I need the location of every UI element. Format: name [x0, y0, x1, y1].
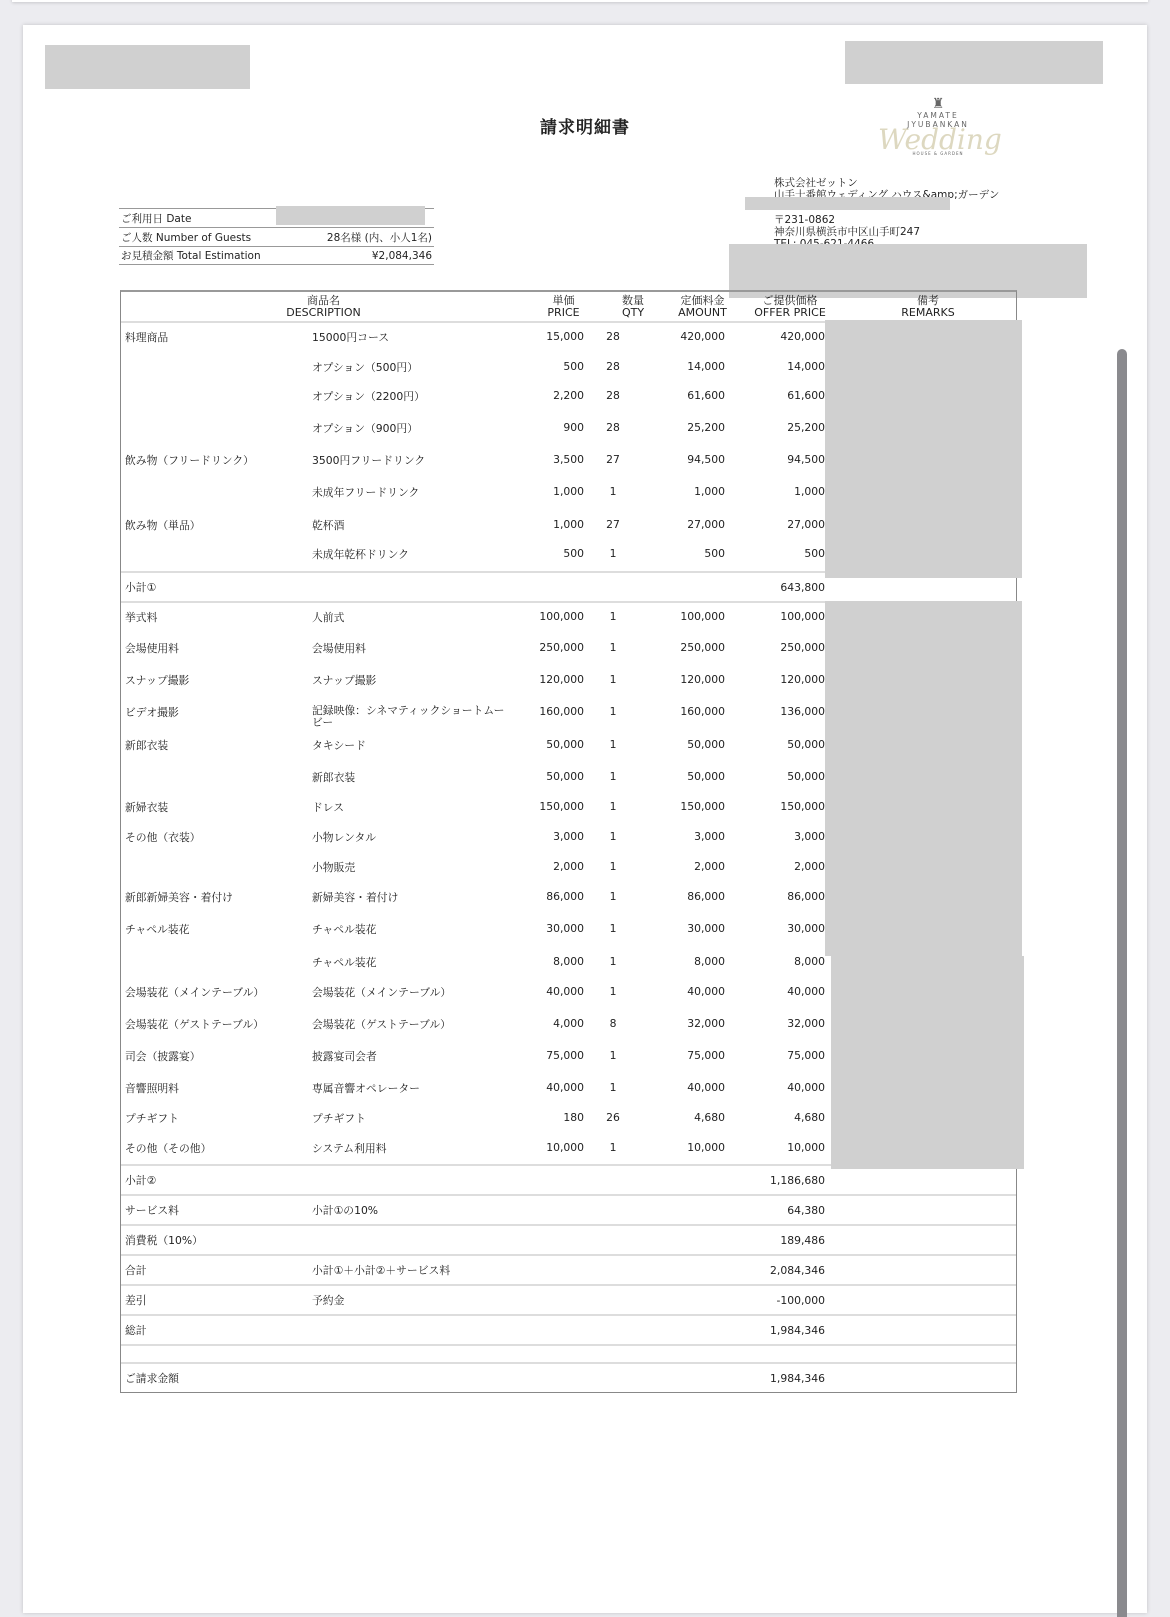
header-qty: QTY — [601, 307, 665, 319]
total-note: 予約金 — [312, 1293, 526, 1308]
price-cell: 86,000 — [526, 883, 584, 903]
total-value: 1,984,346 — [725, 1324, 825, 1337]
offer-price-cell: 1,000 — [725, 478, 825, 498]
offer-price-cell: 4,680 — [725, 1104, 825, 1124]
total-label: 消費税（10%） — [121, 1233, 312, 1248]
qty-cell: 1 — [584, 603, 642, 623]
item-cell: 専属音響オペレーター — [312, 1074, 526, 1096]
total-row — [121, 1344, 1016, 1362]
qty-cell: 1 — [584, 793, 642, 813]
postal-code: 〒231-0862 — [774, 214, 999, 226]
qty-cell: 1 — [584, 698, 642, 718]
amount-cell: 150,000 — [642, 793, 725, 813]
address: 神奈川県横浜市中区山手町247 — [774, 226, 999, 238]
redacted-date — [276, 206, 425, 225]
amount-cell: 40,000 — [642, 978, 725, 998]
offer-price-cell: 420,000 — [725, 323, 825, 343]
qty-cell: 1 — [584, 1134, 642, 1154]
category-cell — [121, 382, 312, 389]
offer-price-cell: 32,000 — [725, 1010, 825, 1030]
logo-line1: YAMATE — [878, 111, 998, 120]
offer-price-cell: 136,000 — [725, 698, 825, 718]
total-row: 合計小計①＋小計②＋サービス料2,084,346 — [121, 1254, 1016, 1284]
total-label: サービス料 — [121, 1203, 312, 1218]
category-cell: 新婦衣装 — [121, 793, 312, 815]
price-cell: 2,000 — [526, 853, 584, 873]
item-cell: タキシード — [312, 731, 526, 753]
qty-cell: 1 — [584, 883, 642, 903]
redacted-block — [745, 197, 950, 210]
total-label: 差引 — [121, 1293, 312, 1308]
qty-cell: 28 — [584, 382, 642, 402]
category-cell — [121, 353, 312, 360]
price-cell: 900 — [526, 414, 584, 434]
total-row: サービス料小計①の10%64,380 — [121, 1194, 1016, 1224]
item-cell: 小物レンタル — [312, 823, 526, 845]
category-cell — [121, 414, 312, 421]
category-cell: 飲み物（フリードリンク） — [121, 446, 312, 468]
qty-cell: 8 — [584, 1010, 642, 1030]
lamp-icon: ♜ — [878, 97, 998, 111]
header-offer-price: OFFER PRICE — [740, 307, 840, 319]
category-cell: 会場使用料 — [121, 634, 312, 656]
scrollbar[interactable] — [1117, 349, 1127, 1617]
header-price: PRICE — [526, 307, 601, 319]
total-value: 1,984,346 — [725, 1372, 825, 1385]
category-cell: 司会（披露宴） — [121, 1042, 312, 1064]
item-cell: 小物販売 — [312, 853, 526, 875]
item-cell: 乾杯酒 — [312, 511, 526, 533]
offer-price-cell: 150,000 — [725, 793, 825, 813]
summary-label: ご利用日 Date — [121, 211, 191, 226]
item-cell: 未成年フリードリンク — [312, 478, 526, 500]
category-cell: その他（衣装） — [121, 823, 312, 845]
category-cell: その他（その他） — [121, 1134, 312, 1156]
offer-price-cell: 25,200 — [725, 414, 825, 434]
item-cell: 記録映像：シネマティックショートムービー — [312, 698, 526, 729]
qty-cell: 1 — [584, 1074, 642, 1094]
offer-price-cell: 250,000 — [725, 634, 825, 654]
amount-cell: 61,600 — [642, 382, 725, 402]
amount-cell: 120,000 — [642, 666, 725, 686]
qty-cell: 1 — [584, 823, 642, 843]
total-label: 合計 — [121, 1263, 312, 1278]
offer-price-cell: 2,000 — [725, 853, 825, 873]
amount-cell: 75,000 — [642, 1042, 725, 1062]
offer-price-cell: 50,000 — [725, 731, 825, 751]
price-cell: 120,000 — [526, 666, 584, 686]
total-label: 総計 — [121, 1323, 312, 1338]
category-cell: ビデオ撮影 — [121, 698, 312, 720]
category-cell: 音響照明料 — [121, 1074, 312, 1096]
price-cell: 2,200 — [526, 382, 584, 402]
offer-price-cell: 50,000 — [725, 763, 825, 783]
item-cell: プチギフト — [312, 1104, 526, 1126]
total-label: 小計② — [121, 1173, 312, 1188]
offer-price-cell: 30,000 — [725, 915, 825, 935]
amount-cell: 100,000 — [642, 603, 725, 623]
redacted-remarks — [825, 320, 1022, 578]
price-cell: 10,000 — [526, 1134, 584, 1154]
item-cell: 未成年乾杯ドリンク — [312, 540, 526, 562]
summary-value: 28名様 (内、小人1名) — [327, 230, 432, 245]
amount-cell: 50,000 — [642, 731, 725, 751]
document-page: 請求明細書 ♜ YAMATE JYUBANKAN Wedding HOUSE &… — [23, 25, 1147, 1613]
price-cell: 1,000 — [526, 478, 584, 498]
total-note: 小計①の10% — [312, 1203, 526, 1218]
amount-cell: 250,000 — [642, 634, 725, 654]
company-name: 株式会社ゼットン — [774, 177, 999, 189]
amount-cell: 420,000 — [642, 323, 725, 343]
amount-cell: 50,000 — [642, 763, 725, 783]
item-cell: チャペル装花 — [312, 915, 526, 937]
price-cell: 4,000 — [526, 1010, 584, 1030]
qty-cell: 1 — [584, 666, 642, 686]
amount-cell: 32,000 — [642, 1010, 725, 1030]
price-cell: 40,000 — [526, 978, 584, 998]
amount-cell: 3,000 — [642, 823, 725, 843]
offer-price-cell: 500 — [725, 540, 825, 560]
category-cell: 飲み物（単品） — [121, 511, 312, 533]
total-note: 小計①＋小計②＋サービス料 — [312, 1263, 526, 1278]
summary-row: ご人数 Number of Guests28名様 (内、小人1名) — [119, 227, 434, 246]
qty-cell: 1 — [584, 634, 642, 654]
venue-logo: ♜ YAMATE JYUBANKAN Wedding HOUSE & GARDE… — [878, 97, 998, 156]
amount-cell: 14,000 — [642, 353, 725, 373]
company-info: 株式会社ゼットン 山手十番館ウェディング ハウス&amp;ガーデン 〒231-0… — [774, 177, 999, 250]
summary-label: ご人数 Number of Guests — [121, 230, 251, 245]
total-value: 189,486 — [725, 1234, 825, 1247]
item-cell: チャペル装花 — [312, 948, 526, 970]
item-cell: 披露宴司会者 — [312, 1042, 526, 1064]
item-cell: 15000円コース — [312, 323, 526, 345]
amount-cell: 2,000 — [642, 853, 725, 873]
offer-price-cell: 40,000 — [725, 978, 825, 998]
qty-cell: 28 — [584, 353, 642, 373]
price-cell: 50,000 — [526, 763, 584, 783]
amount-cell: 25,200 — [642, 414, 725, 434]
offer-price-cell: 75,000 — [725, 1042, 825, 1062]
amount-cell: 1,000 — [642, 478, 725, 498]
price-cell: 160,000 — [526, 698, 584, 718]
amount-cell: 94,500 — [642, 446, 725, 466]
amount-cell: 8,000 — [642, 948, 725, 968]
category-cell: 挙式料 — [121, 603, 312, 625]
category-cell: 新郎衣装 — [121, 731, 312, 753]
item-cell: 会場装花（メインテーブル） — [312, 978, 526, 1000]
amount-cell: 4,680 — [642, 1104, 725, 1124]
category-cell — [121, 540, 312, 547]
previous-page-edge — [12, 0, 1148, 2]
price-cell: 75,000 — [526, 1042, 584, 1062]
category-cell: チャペル装花 — [121, 915, 312, 937]
item-cell: ドレス — [312, 793, 526, 815]
redacted-remarks — [831, 956, 1024, 1169]
qty-cell: 1 — [584, 763, 642, 783]
totals-section: 小計②1,186,680サービス料小計①の10%64,380消費税（10%）18… — [121, 1164, 1016, 1392]
price-cell: 8,000 — [526, 948, 584, 968]
qty-cell: 1 — [584, 853, 642, 873]
qty-cell: 1 — [584, 948, 642, 968]
qty-cell: 1 — [584, 478, 642, 498]
category-cell: 会場装花（メインテーブル） — [121, 978, 312, 1000]
category-cell: プチギフト — [121, 1104, 312, 1126]
item-cell: オプション（900円） — [312, 414, 526, 436]
item-cell: オプション（500円） — [312, 353, 526, 375]
price-cell: 1,000 — [526, 511, 584, 531]
logo-script: Wedding — [878, 129, 998, 151]
amount-cell: 27,000 — [642, 511, 725, 531]
qty-cell: 28 — [584, 323, 642, 343]
qty-cell: 28 — [584, 414, 642, 434]
header-remarks: REMARKS — [840, 307, 1016, 319]
total-row: 差引予約金-100,000 — [121, 1284, 1016, 1314]
summary-label: お見積金額 Total Estimation — [121, 248, 261, 263]
amount-cell: 86,000 — [642, 883, 725, 903]
price-cell: 3,500 — [526, 446, 584, 466]
category-cell — [121, 478, 312, 485]
offer-price-cell: 94,500 — [725, 446, 825, 466]
total-row: 消費税（10%）189,486 — [121, 1224, 1016, 1254]
redacted-block — [845, 41, 1103, 84]
amount-cell: 30,000 — [642, 915, 725, 935]
offer-price-cell: 61,600 — [725, 382, 825, 402]
item-cell: スナップ撮影 — [312, 666, 526, 688]
qty-cell: 1 — [584, 1042, 642, 1062]
offer-price-cell: 40,000 — [725, 1074, 825, 1094]
category-cell: スナップ撮影 — [121, 666, 312, 688]
item-cell: 新婦美容・着付け — [312, 883, 526, 905]
redacted-block — [45, 45, 250, 89]
category-cell — [121, 948, 312, 955]
amount-cell: 40,000 — [642, 1074, 725, 1094]
qty-cell: 26 — [584, 1104, 642, 1124]
price-cell: 180 — [526, 1104, 584, 1124]
amount-cell: 10,000 — [642, 1134, 725, 1154]
item-cell: 新郎衣装 — [312, 763, 526, 785]
qty-cell: 1 — [584, 915, 642, 935]
qty-cell: 1 — [584, 540, 642, 560]
total-value: 2,084,346 — [725, 1264, 825, 1277]
price-cell: 150,000 — [526, 793, 584, 813]
offer-price-cell: 3,000 — [725, 823, 825, 843]
price-cell: 50,000 — [526, 731, 584, 751]
price-cell: 3,000 — [526, 823, 584, 843]
summary-row: お見積金額 Total Estimation¥2,084,346 — [119, 246, 434, 265]
price-cell: 500 — [526, 353, 584, 373]
offer-price-cell: 8,000 — [725, 948, 825, 968]
category-cell — [121, 853, 312, 860]
category-cell: 新郎新婦美容・着付け — [121, 883, 312, 905]
total-row: 総計1,984,346 — [121, 1314, 1016, 1344]
qty-cell: 1 — [584, 731, 642, 751]
header-description: DESCRIPTION — [121, 307, 526, 319]
category-cell: 会場装花（ゲストテーブル） — [121, 1010, 312, 1032]
offer-price-cell: 100,000 — [725, 603, 825, 623]
total-value: -100,000 — [725, 1294, 825, 1307]
item-cell: 3500円フリードリンク — [312, 446, 526, 468]
qty-cell: 27 — [584, 446, 642, 466]
item-cell: 人前式 — [312, 603, 526, 625]
subtotal1-value: 643,800 — [725, 581, 825, 594]
price-cell: 15,000 — [526, 323, 584, 343]
item-cell: 会場装花（ゲストテーブル） — [312, 1010, 526, 1032]
amount-cell: 500 — [642, 540, 725, 560]
item-cell: 会場使用料 — [312, 634, 526, 656]
qty-cell: 27 — [584, 511, 642, 531]
price-cell: 30,000 — [526, 915, 584, 935]
category-cell: 料理商品 — [121, 323, 312, 345]
price-cell: 40,000 — [526, 1074, 584, 1094]
offer-price-cell: 14,000 — [725, 353, 825, 373]
amount-cell: 160,000 — [642, 698, 725, 718]
header-amount: AMOUNT — [665, 307, 740, 319]
item-cell: オプション（2200円） — [312, 382, 526, 404]
total-label: ご請求金額 — [121, 1371, 312, 1386]
table-header: 商品名DESCRIPTION 単価PRICE 数量QTY 定価料金AMOUNT … — [121, 292, 1016, 323]
item-cell: システム利用料 — [312, 1134, 526, 1156]
total-value: 1,186,680 — [725, 1174, 825, 1187]
offer-price-cell: 86,000 — [725, 883, 825, 903]
total-value: 64,380 — [725, 1204, 825, 1217]
category-cell — [121, 763, 312, 770]
price-cell: 500 — [526, 540, 584, 560]
offer-price-cell: 27,000 — [725, 511, 825, 531]
price-cell: 100,000 — [526, 603, 584, 623]
price-cell: 250,000 — [526, 634, 584, 654]
total-row: ご請求金額1,984,346 — [121, 1362, 1016, 1392]
summary-value: ¥2,084,346 — [372, 250, 432, 262]
subtotal1-label: 小計① — [121, 580, 312, 595]
offer-price-cell: 120,000 — [725, 666, 825, 686]
redacted-remarks — [825, 601, 1022, 956]
qty-cell: 1 — [584, 978, 642, 998]
offer-price-cell: 10,000 — [725, 1134, 825, 1154]
